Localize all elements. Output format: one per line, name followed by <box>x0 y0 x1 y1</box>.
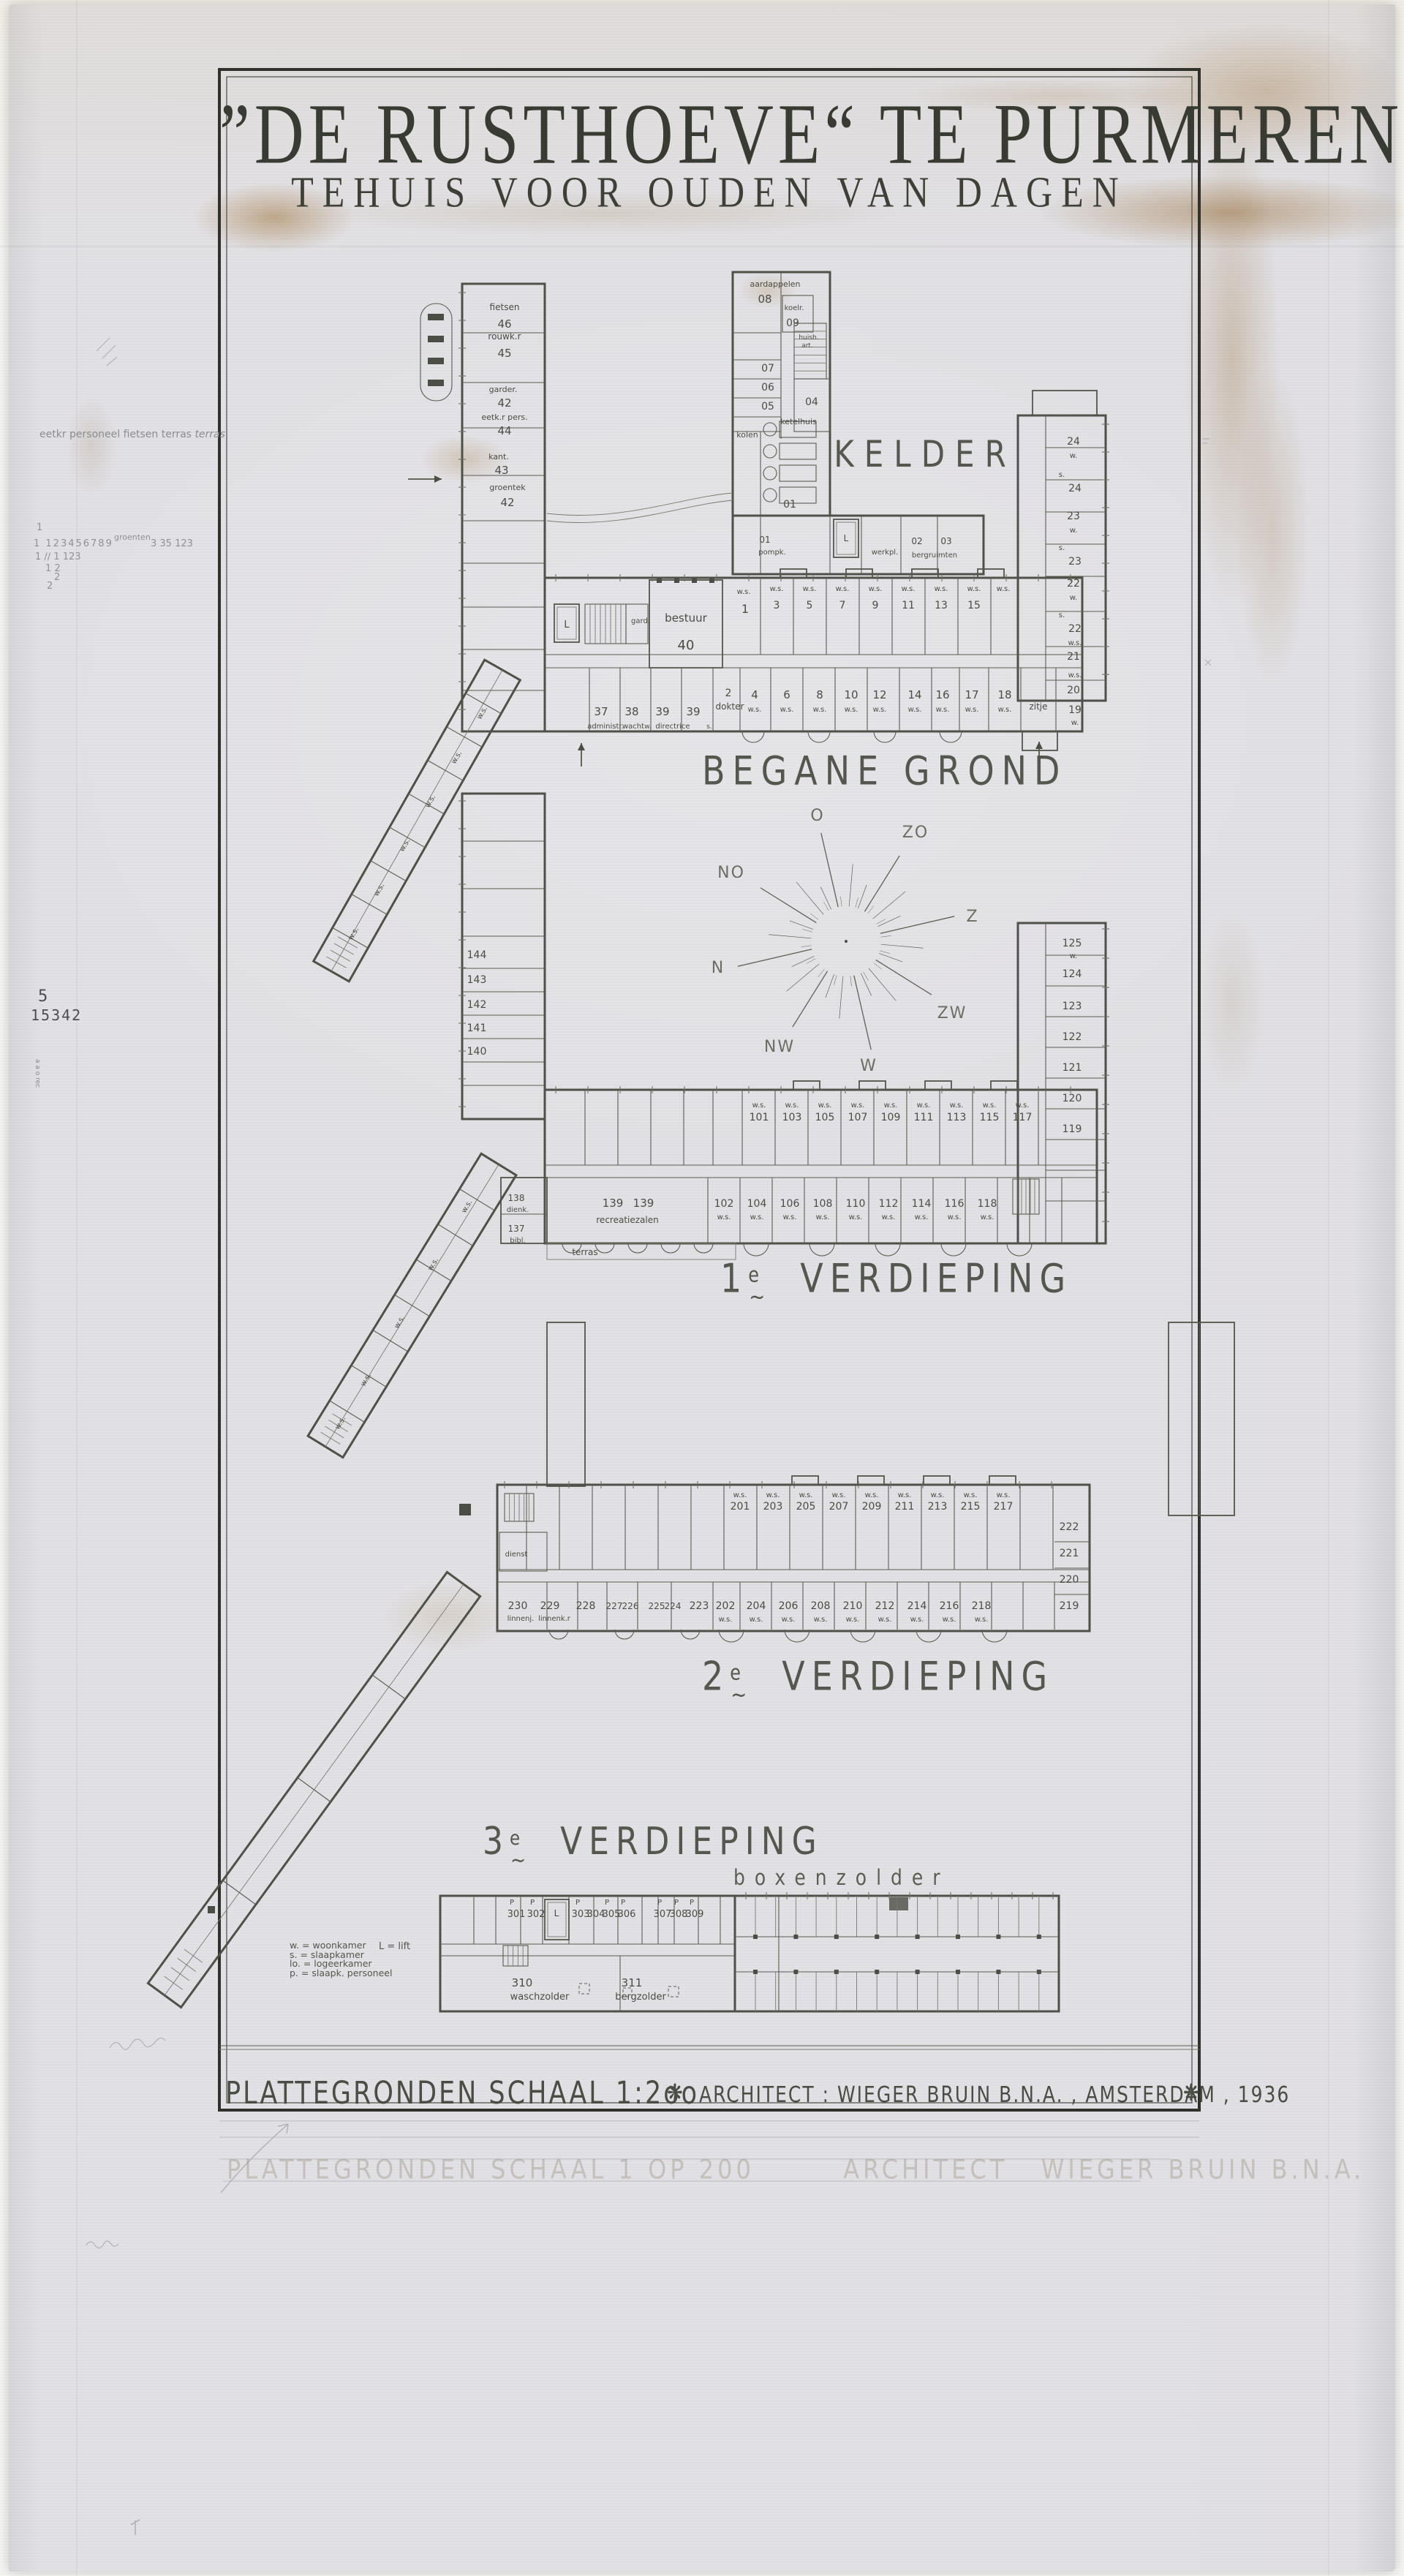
architect-note: ARCHITECT : WIEGER BRUIN B.N.A. , AMSTER… <box>699 2082 1290 2107</box>
room-label: 226 <box>622 1601 639 1611</box>
room-label: 111 <box>914 1112 934 1123</box>
room-label: w.s. <box>372 882 386 898</box>
room-label: 13 <box>935 600 948 611</box>
room-label: NO <box>717 864 745 882</box>
room-label: bibl. <box>510 1237 525 1245</box>
room-label: w.s. <box>998 706 1012 714</box>
room-label: 39 <box>686 705 700 718</box>
flower-mark-icon: ❋ <box>1183 2080 1199 2107</box>
room-label: 122 <box>1063 1031 1082 1043</box>
room-label: 40 <box>678 638 695 653</box>
margin-number: 1 ∕∕ 1 123 <box>35 551 81 562</box>
room-label: 103 <box>782 1112 802 1123</box>
room-label: w. <box>1070 952 1077 960</box>
room-label: pompk. <box>758 549 786 557</box>
title-block: PLATTEGRONDEN SCHAAL 1:2oo ❋ ARCHITECT :… <box>219 2071 1199 2109</box>
room-label: bestuur <box>665 611 707 625</box>
room-label: 144 <box>467 949 487 961</box>
room-label: 15 <box>967 600 981 611</box>
room-label: 228 <box>576 1600 596 1612</box>
room-label: wacht <box>622 723 644 731</box>
room-label: s. <box>706 723 712 731</box>
margin-number: 1 <box>37 522 42 533</box>
room-label: w.s. <box>782 1616 796 1624</box>
room-label: zitje <box>1029 701 1047 712</box>
kelder-plan <box>547 272 984 574</box>
room-label: 106 <box>780 1198 800 1210</box>
room-label: 19 <box>1068 704 1082 716</box>
stamp-number: 5 <box>38 987 48 1006</box>
room-label: 22 <box>1067 578 1080 590</box>
room-label: w.s. <box>766 1491 780 1499</box>
room-label: 07 <box>761 363 774 374</box>
room-label: P <box>621 1899 625 1907</box>
room-label: 08 <box>758 293 771 306</box>
room-label: 23 <box>1067 511 1080 522</box>
margin-number: 1 123456789 <box>34 538 113 549</box>
corner-mark <box>131 2520 140 2535</box>
room-label: w.s. <box>717 1213 731 1221</box>
room-label: w.s. <box>733 1491 747 1499</box>
room-label: 117 <box>1013 1112 1033 1123</box>
room-label: 216 <box>940 1600 959 1612</box>
margin-number: 2 <box>54 572 60 583</box>
room-label: 42 <box>500 496 514 509</box>
labels-bg-service: fietsen46rouwk.r45garder.42eetk.r pers.4… <box>481 302 527 509</box>
room-label: 142 <box>467 999 487 1011</box>
room-label: gard. <box>631 617 650 625</box>
room-label: 21 <box>1067 651 1080 663</box>
room-label: P <box>605 1899 609 1907</box>
room-label: 16 <box>935 688 949 701</box>
room-label: 211 <box>895 1501 915 1513</box>
room-label: 310 <box>512 1976 533 1989</box>
room-label: w.s. <box>997 1491 1011 1499</box>
room-label: dokter <box>716 701 744 712</box>
room-label: 204 <box>747 1600 766 1612</box>
room-label: 301 <box>507 1909 526 1920</box>
room-label: 215 <box>961 1501 981 1513</box>
begane-grond-label: BEGANE GROND <box>702 747 1038 794</box>
room-label: w.s. <box>785 1101 799 1110</box>
room-label: w.s. <box>426 1257 440 1273</box>
room-label: w.s. <box>393 1314 407 1330</box>
room-label: 223 <box>690 1600 709 1612</box>
room-label: 45 <box>497 347 511 360</box>
room-label: 4 <box>751 688 758 701</box>
room-label: s. <box>1059 471 1065 479</box>
room-label: 141 <box>467 1023 487 1034</box>
room-label: rouwk.r <box>488 331 521 342</box>
room-label: L <box>554 1908 559 1918</box>
room-label: w.s. <box>818 1101 832 1110</box>
pencil-chevrons <box>97 338 117 366</box>
room-label: w.s. <box>799 1491 813 1499</box>
room-label: 39 <box>655 705 669 718</box>
room-label: linnenj. <box>507 1615 535 1623</box>
room-label: 201 <box>731 1501 750 1513</box>
room-label: 139 <box>603 1197 624 1210</box>
room-label: 208 <box>811 1600 831 1612</box>
room-label: w.s. <box>752 1101 766 1110</box>
room-label: w.s. <box>943 1616 956 1624</box>
room-label: 218 <box>972 1600 992 1612</box>
room-label: recreatiezalen <box>596 1215 658 1225</box>
room-label: w.s. <box>846 1616 860 1624</box>
room-label: 12 <box>872 688 886 701</box>
room-label: w.s. <box>750 1213 764 1221</box>
margin-note: eetkr personeel fietsen terras terras <box>39 429 225 440</box>
room-label: 5 <box>807 600 813 611</box>
room-label: w.s. <box>950 1101 964 1110</box>
room-label: w.s. <box>865 1491 879 1499</box>
room-label: w.s. <box>898 1491 912 1499</box>
room-label: w.s. <box>737 588 751 596</box>
room-label: 306 <box>618 1909 636 1920</box>
room-label: kolen <box>736 430 758 440</box>
room-label: 140 <box>467 1046 487 1058</box>
scanned-drawing-sheet: fietsen46rouwk.r45garder.42eetk.r pers.4… <box>0 0 1404 2576</box>
labels-v2-slab: dienst230linnenj.229linnenk.r22822722622… <box>505 1491 1079 1624</box>
room-label: P <box>674 1899 679 1907</box>
room-label: 120 <box>1063 1093 1082 1104</box>
room-label: w.s. <box>915 1213 929 1221</box>
room-label: garder. <box>489 385 518 394</box>
room-label: 302 <box>527 1909 546 1920</box>
room-label: 139 <box>633 1197 654 1210</box>
boxenzolder-label: boxenzolder <box>733 1865 938 1890</box>
margin-number: 2 <box>47 581 53 592</box>
begane-grond-plan <box>420 284 1106 750</box>
room-label: 17 <box>965 688 978 701</box>
room-label: 42 <box>497 396 511 410</box>
room-label: P <box>575 1899 580 1907</box>
room-label: linnenk.r <box>538 1615 571 1623</box>
room-label: 222 <box>1060 1521 1079 1533</box>
room-label: 138 <box>508 1193 525 1203</box>
margin-number: groenten <box>114 532 151 542</box>
room-label: P <box>690 1899 694 1907</box>
room-label: w.s. <box>1016 1101 1030 1110</box>
room-label: 143 <box>467 974 487 986</box>
room-label: 24 <box>1067 436 1080 448</box>
room-label: w.s. <box>750 1616 763 1624</box>
labels-v3-plan: PPPPPPPP301302L303304305306307308309310w… <box>507 1899 704 2003</box>
room-label: 14 <box>907 688 921 701</box>
room-label: 224 <box>665 1601 682 1611</box>
room-label: 123 <box>1063 1001 1082 1012</box>
labels-bg-slab: Lgard.bestuur40w.s.1w.s.3w.s.5w.s.7w.s.9… <box>564 585 1082 731</box>
room-label: w.s. <box>748 706 762 714</box>
room-label: L <box>844 533 849 543</box>
room-label: w.s. <box>803 585 817 593</box>
room-label: O <box>810 807 824 825</box>
labels-v1-right: 125w.124123122121120119 <box>1063 938 1082 1135</box>
room-label: w.s. <box>475 705 489 721</box>
room-label: 109 <box>881 1112 901 1123</box>
room-label: 213 <box>928 1501 948 1513</box>
room-label: w.s. <box>460 1199 474 1215</box>
sheet-subtitle: TEHUIS VOOR OUDEN VAN DAGEN <box>219 167 1199 216</box>
room-label: 43 <box>494 464 508 477</box>
room-label: w.s. <box>917 1101 931 1110</box>
room-label: w. <box>1070 527 1077 535</box>
room-label: 137 <box>508 1224 525 1234</box>
room-label: W <box>860 1057 877 1075</box>
room-label: 206 <box>779 1600 799 1612</box>
room-label: 20 <box>1067 685 1080 696</box>
room-label: w.s. <box>869 585 883 593</box>
room-label: w.s. <box>935 585 948 593</box>
stair-tower <box>547 1322 585 1486</box>
room-label: w.s. <box>910 1616 924 1624</box>
room-label: w.s. <box>333 1415 347 1431</box>
room-label: 46 <box>497 317 511 331</box>
room-label: 121 <box>1063 1062 1082 1074</box>
margin-vertical-text: a a o rec <box>34 1059 41 1088</box>
room-label: 219 <box>1060 1600 1079 1612</box>
margin-number: 3 35 123 <box>151 538 193 549</box>
room-label: L <box>564 619 570 630</box>
room-label: 115 <box>980 1112 1000 1123</box>
room-label: w.s. <box>780 706 794 714</box>
room-label: 18 <box>997 688 1011 701</box>
room-label: ZW <box>937 1004 967 1023</box>
room-label: 113 <box>947 1112 967 1123</box>
room-label: ZO <box>902 824 929 842</box>
floor-plan-drawing: fietsen46rouwk.r45garder.42eetk.r pers.4… <box>0 0 1404 2576</box>
room-label: 112 <box>879 1198 899 1210</box>
room-label: 210 <box>843 1600 863 1612</box>
room-label: 05 <box>761 401 774 413</box>
room-label: 207 <box>829 1501 849 1513</box>
room-label: w.s. <box>981 1213 994 1221</box>
room-label: 212 <box>875 1600 895 1612</box>
room-label: P <box>510 1899 514 1907</box>
verdieping2-label: 2e~ VERDIEPING <box>702 1653 1038 1700</box>
room-label: dienst <box>505 1551 528 1559</box>
room-label: fietsen <box>490 302 520 312</box>
room-label: NW <box>764 1038 795 1056</box>
room-label: P <box>530 1899 535 1907</box>
room-label: bergzolder <box>615 1992 666 2003</box>
room-label: w.s. <box>902 585 916 593</box>
room-label: waschzolder <box>510 1992 570 2003</box>
legend-lift: L = lift <box>379 1941 410 1952</box>
room-label: 105 <box>815 1112 835 1123</box>
room-label: 119 <box>1063 1123 1082 1135</box>
room-label: 2 <box>725 688 732 699</box>
legend: w. = woonkamer s. = slaapkamer lo. = log… <box>290 1941 392 1978</box>
room-label: 221 <box>1060 1548 1079 1559</box>
room-label: 24 <box>1068 483 1082 494</box>
room-label: bergruimten <box>912 551 957 560</box>
room-label: 6 <box>783 688 790 701</box>
room-label: 23 <box>1068 556 1082 568</box>
room-label: w.s. <box>845 706 858 714</box>
room-label: w.s. <box>347 926 361 942</box>
room-label: w.s. <box>965 706 979 714</box>
room-label: s. <box>1059 544 1065 552</box>
room-label: 3 <box>774 600 780 611</box>
room-label: 9 <box>872 600 879 611</box>
room-label: 229 <box>540 1600 560 1612</box>
room-label: art. <box>801 342 813 350</box>
room-label: terras <box>572 1247 597 1257</box>
room-label: Z <box>966 908 978 926</box>
room-label: 125 <box>1063 938 1082 949</box>
room-label: 202 <box>716 1600 736 1612</box>
room-label: w.s. <box>948 1213 962 1221</box>
room-label: w.s. <box>450 750 464 766</box>
room-label: administr. <box>587 723 624 731</box>
room-label: 209 <box>862 1501 882 1513</box>
room-label: dienk. <box>507 1206 529 1214</box>
room-label: 1 <box>741 602 749 616</box>
room-label: 203 <box>763 1501 783 1513</box>
room-label: w.s. <box>878 1616 892 1624</box>
room-label: w.s. <box>983 1101 997 1110</box>
room-label: w.s. <box>851 1101 865 1110</box>
room-label: 309 <box>686 1909 704 1920</box>
room-label: 37 <box>594 705 608 718</box>
room-label: directrice <box>655 723 690 731</box>
stamp-number: 15342 <box>31 1006 82 1024</box>
room-label: 22 <box>1068 623 1082 635</box>
plan-linework <box>148 272 1109 2011</box>
room-label: w.s. <box>359 1372 373 1388</box>
room-label: w.s. <box>967 585 981 593</box>
room-label: werkpl. <box>872 549 899 557</box>
pencil-scribble <box>110 2038 165 2049</box>
room-label: w.s. <box>719 1616 733 1624</box>
room-label: w.s. <box>964 1491 978 1499</box>
verdieping1-label: 1e~ VERDIEPING <box>720 1255 1057 1302</box>
room-label: 104 <box>747 1198 767 1210</box>
room-label: 44 <box>497 424 511 437</box>
room-label: w.s. <box>997 585 1011 593</box>
room-label: 7 <box>839 600 846 611</box>
room-label: s. <box>1059 611 1065 619</box>
room-label: w.s. <box>813 706 827 714</box>
room-label: huish. <box>799 334 818 342</box>
room-label: groentek <box>489 483 526 492</box>
room-label: 110 <box>846 1198 866 1210</box>
room-label: w. <box>1071 719 1079 727</box>
room-label: w. <box>1070 452 1077 460</box>
labels-kelder: aardappelen08koelr.09huish.art.07060504k… <box>736 279 957 560</box>
room-label: w.s. <box>1068 639 1082 647</box>
room-label: 09 <box>786 317 799 329</box>
room-label: 116 <box>945 1198 965 1210</box>
room-label: w.s. <box>975 1616 989 1624</box>
room-label: w.s. <box>1068 671 1082 679</box>
room-label: 108 <box>813 1198 833 1210</box>
room-label: 225 <box>649 1601 665 1611</box>
room-label: 02 <box>911 536 922 546</box>
room-label: w.s. <box>882 1213 896 1221</box>
kelder-label: KELDER <box>834 433 1016 475</box>
room-label: 227 <box>606 1601 623 1611</box>
room-label: 230 <box>508 1600 528 1612</box>
room-label: koelr. <box>785 304 804 312</box>
labels-v1-wing: 144143142141140 <box>467 949 487 1058</box>
room-label: w. <box>644 723 651 731</box>
room-label: 311 <box>622 1976 643 1989</box>
scale-note: PLATTEGRONDEN SCHAAL 1:2oo <box>225 2076 699 2112</box>
room-label: w.s. <box>849 1213 863 1221</box>
room-label: w.s. <box>873 706 887 714</box>
room-label: w.s. <box>836 585 850 593</box>
room-label: ketelhuis <box>780 417 817 426</box>
legend-item: p. = slaapk. personeel <box>290 1969 392 1978</box>
room-label: w.s. <box>783 1213 797 1221</box>
room-label: w.s. <box>816 1213 830 1221</box>
room-label: w.s. <box>814 1616 828 1624</box>
verdieping1-plan <box>462 794 1106 1259</box>
room-label: w.s. <box>398 837 412 854</box>
flower-mark-icon: ❋ <box>667 2080 683 2107</box>
room-label: N <box>712 959 725 977</box>
stair-tower <box>1169 1322 1234 1515</box>
room-label: 10 <box>844 688 858 701</box>
room-label: w. <box>1070 594 1077 602</box>
room-label: 114 <box>912 1198 932 1210</box>
pencil-scribble <box>86 2241 118 2248</box>
room-label: w.s. <box>423 794 437 810</box>
ghost-footer-pencil: PLATTEGRONDEN SCHAAL 1 OP 200 ARCHITECT … <box>227 2153 1207 2185</box>
room-label: 11 <box>902 600 915 611</box>
room-label: 01 <box>759 535 770 545</box>
room-label: 118 <box>978 1198 997 1210</box>
room-label: eetk.r pers. <box>481 413 527 422</box>
labels-bg-right: 24w.s.2423w.s.2322w.s.22w.s.21w.s.20 <box>1059 436 1082 696</box>
room-label: w.s. <box>936 706 950 714</box>
room-label: 03 <box>940 536 951 546</box>
room-label: 205 <box>796 1501 816 1513</box>
room-label: 01 <box>783 499 796 511</box>
room-label: w.s. <box>884 1101 898 1110</box>
room-label: 220 <box>1060 1574 1079 1586</box>
room-label: w.s. <box>832 1491 846 1499</box>
room-label: 101 <box>750 1112 769 1123</box>
room-label: w.s. <box>931 1491 945 1499</box>
room-label: w.s. <box>908 706 922 714</box>
room-label: 124 <box>1063 968 1082 980</box>
room-label: 217 <box>994 1501 1014 1513</box>
room-label: P <box>657 1899 662 1907</box>
room-label: 214 <box>907 1600 927 1612</box>
room-label: 38 <box>624 705 638 718</box>
verdieping3-label: 3e~ VERDIEPING <box>483 1820 790 1864</box>
room-label: 102 <box>714 1198 734 1210</box>
room-label: kant. <box>488 452 509 462</box>
room-label: 04 <box>805 396 818 408</box>
room-label: 107 <box>848 1112 868 1123</box>
room-label: 06 <box>761 382 774 393</box>
room-label: aardappelen <box>750 279 800 289</box>
room-label: 8 <box>816 688 823 701</box>
room-label: w.s. <box>770 585 784 593</box>
